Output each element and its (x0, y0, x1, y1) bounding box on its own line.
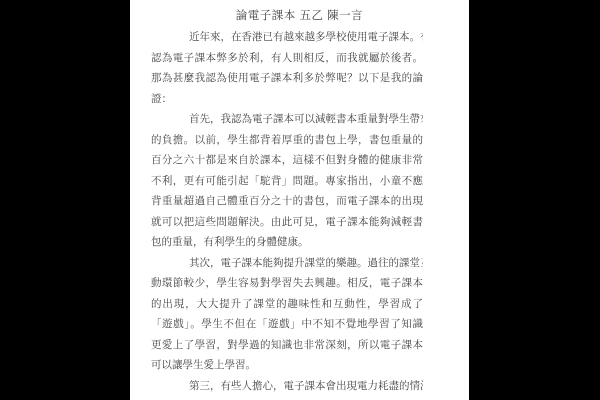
text-line: 首先，我認為電子課本可以減輕書本重量對學生帶來 (151, 109, 423, 130)
document-body: 近年來，在香港已有越來越多學校使用電子課本。有人認為電子課本弊多於利，有人則相反… (151, 27, 423, 396)
text-line: 認為電子課本弊多於利，有人則相反，而我就屬於後者。 (151, 48, 423, 69)
letterbox-left (0, 0, 130, 400)
text-line: 背重量超過自己體重百分之十的書包，而電子課本的出現 (151, 191, 423, 212)
text-line: 不利，更有可能引起「駝背」問題。專家指出，小童不應 (151, 171, 423, 192)
text-line: 動環節較少，學生容易對學習失去興趣。相反，電子課本 (151, 273, 423, 294)
document-title: 論電子課本 五乙 陳一言 (130, 9, 469, 24)
text-line: 更愛上了學習，對學過的知識也非常深刻，所以電子課本 (151, 335, 423, 356)
text-line: 的出現，大大提升了課堂的趣味性和互動性，學習成了 (151, 294, 423, 315)
text-line: 的負擔。以前，學生都背着厚重的書包上學，書包重量的 (151, 130, 423, 151)
text-line: 「遊戲」。學生不但在「遊戲」中不知不覺地學習了知識 (151, 314, 423, 335)
document-page: 論電子課本 五乙 陳一言 近年來，在香港已有越來越多學校使用電子課本。有人認為電… (130, 0, 469, 400)
text-line: 包的重量，有利學生的身體健康。 (151, 232, 423, 253)
letterbox-right (469, 0, 600, 400)
text-line: 證： (151, 89, 423, 110)
text-line: 就可以把這些問題解決。由此可見，電子課本能夠減輕書 (151, 212, 423, 233)
text-line: 第三，有些人擔心，電子課本會出現電力耗盡的情況， (151, 376, 423, 397)
text-line: 可以讓學生愛上學習。 (151, 355, 423, 376)
screen-background: 論電子課本 五乙 陳一言 近年來，在香港已有越來越多學校使用電子課本。有人認為電… (0, 0, 600, 400)
text-line: 那為甚麼我認為使用電子課本利多於弊呢？以下是我的論 (151, 68, 423, 89)
text-line: 百分之六十都是來自於課本，這樣不但對身體的健康非常 (151, 150, 423, 171)
text-line: 近年來，在香港已有越來越多學校使用電子課本。有人 (151, 27, 423, 48)
text-line: 其次，電子課本能夠提升課堂的樂趣。過往的課堂互 (151, 253, 423, 274)
